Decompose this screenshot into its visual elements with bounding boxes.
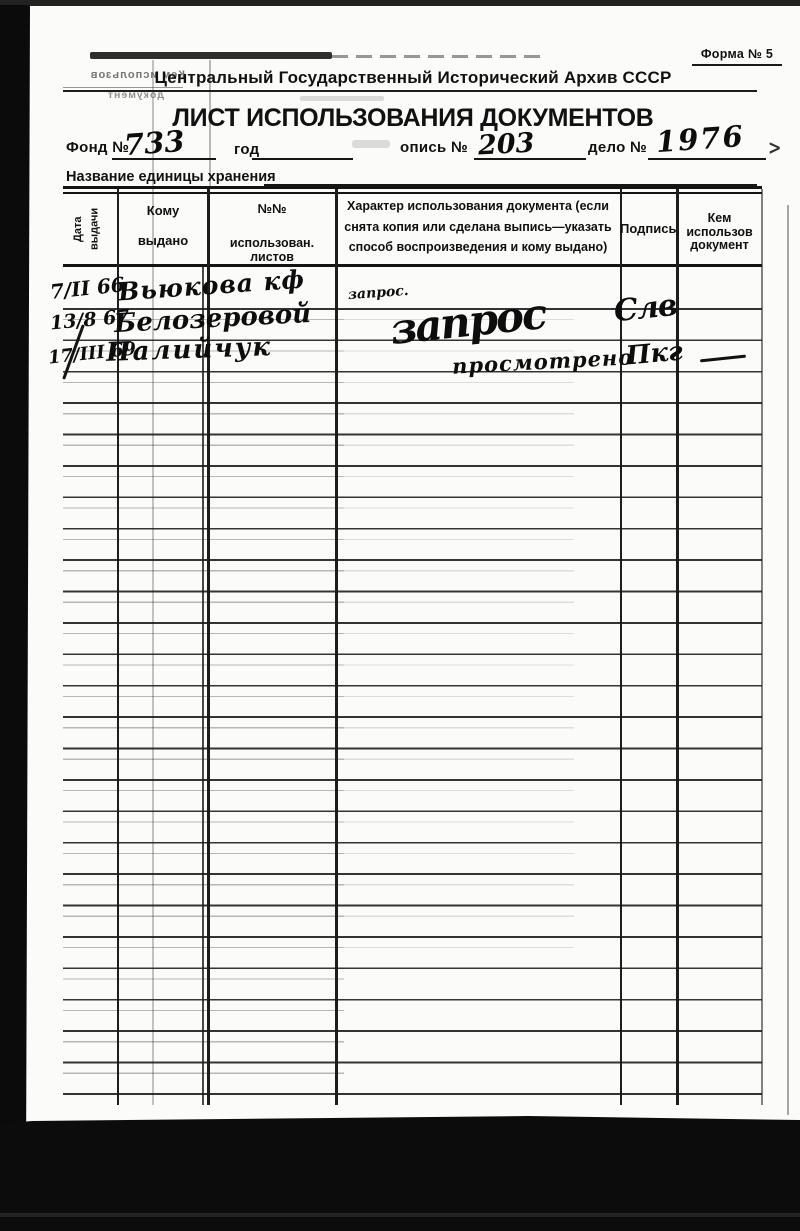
fond-value-handwritten: 733 [123, 124, 186, 162]
table-top-border-inner [63, 192, 762, 194]
delo-value-handwritten: 1976 [655, 119, 746, 159]
header-signature: Подпись [620, 221, 676, 236]
ink-smudge-dashes [332, 55, 546, 58]
header-sheet-numbers-line1: №№ [208, 201, 336, 216]
entry-3-name: Палийчук [106, 332, 273, 368]
delo-underline [648, 158, 766, 160]
unit-name-label: Название единицы хранения [66, 169, 276, 185]
archive-name: Центральный Государственный Исторический… [63, 68, 763, 88]
header-used-by-line2: документ [677, 238, 762, 252]
opis-value-handwritten: 203 [477, 128, 535, 162]
header-issued-to-line2: выдано [118, 233, 208, 248]
opis-underline [474, 158, 586, 160]
table-top-border-outer [63, 186, 762, 189]
scanned-archive-usage-sheet: Форма № 5 Кем использов документ Централ… [0, 0, 800, 1231]
table-header-bottom-border [63, 264, 762, 267]
table-row-lines-bleedthrough-2 [344, 319, 574, 969]
delo-label: дело № [588, 139, 647, 156]
header-used-by-line1: Кем использов [677, 211, 762, 239]
header-rule [63, 90, 757, 92]
opis-label: опись № [400, 139, 468, 156]
ghost-smudge-2 [352, 140, 390, 148]
scan-left-black-bar [0, 5, 30, 1231]
margin-mark: > [768, 135, 781, 160]
entry-1-usage: запрос. [348, 283, 410, 303]
scan-bottom-seam [0, 1213, 800, 1217]
header-date-issued: Дата выдачи [70, 197, 116, 261]
header-date-line1: Дата [70, 197, 87, 261]
fond-underline [112, 158, 216, 160]
form-number-label: Форма № 5 [692, 47, 782, 66]
entry-2-signature: Слв [612, 288, 678, 329]
year-label: год [234, 141, 259, 158]
header-sheet-numbers-line2: использован. листов [208, 236, 336, 264]
fond-label: Фонд № [66, 139, 129, 156]
year-underline [252, 158, 353, 160]
entry-3-signature: Пкг [625, 337, 684, 372]
entry-1-date: 7/II 66 [49, 272, 126, 304]
ghost-smudge-1 [300, 96, 384, 101]
header-usage-character: Характер использования документа (если с… [341, 196, 615, 258]
scan-top-edge [0, 0, 800, 6]
header-date-line2: выдачи [87, 197, 104, 261]
table-row-lines-bleedthrough [63, 319, 344, 1095]
header-issued-to-line1: Кому [118, 203, 208, 218]
ink-smudge-bar [90, 52, 332, 59]
page-right-edge-line [787, 205, 789, 1115]
